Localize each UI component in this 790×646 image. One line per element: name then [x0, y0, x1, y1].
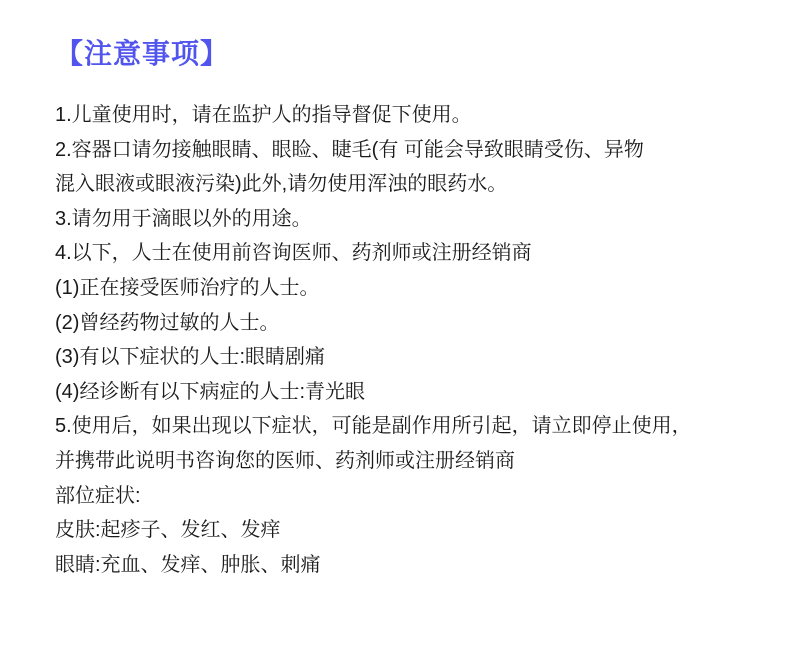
text-line-11: 并携带此说明书咨询您的医师、药剂师或注册经销商 [55, 444, 750, 479]
text-line-2: 2.容器口请勿接触眼睛、眼睑、睫毛(有 可能会导致眼睛受伤、异物 [55, 133, 750, 168]
text-line-3: 混入眼液或眼液污染)此外,请勿使用浑浊的眼药水。 [55, 167, 750, 202]
text-line-7: (2)曾经药物过敏的人士。 [55, 306, 750, 341]
text-line-4: 3.请勿用于滴眼以外的用途。 [55, 202, 750, 237]
text-line-8: (3)有以下症状的人士:眼睛剧痛 [55, 340, 750, 375]
document-page: 【注意事项】 1.儿童使用时，请在监护人的指导督促下使用。 2.容器口请勿接触眼… [0, 0, 790, 646]
text-line-6: (1)正在接受医师治疗的人士。 [55, 271, 750, 306]
text-line-1: 1.儿童使用时，请在监护人的指导督促下使用。 [55, 98, 750, 133]
text-line-12: 部位症状: [55, 479, 750, 514]
text-line-5: 4.以下，人士在使用前咨询医师、药剂师或注册经销商 [55, 236, 750, 271]
text-line-14: 眼睛:充血、发痒、肿胀、刺痛 [55, 548, 750, 583]
text-line-13: 皮肤:起疹子、发红、发痒 [55, 513, 750, 548]
text-line-10: 5.使用后，如果出现以下症状，可能是副作用所引起，请立即停止使用， [55, 409, 750, 444]
text-line-9: (4)经诊断有以下病症的人士:青光眼 [55, 375, 750, 410]
page-title: 【注意事项】 [55, 36, 750, 72]
